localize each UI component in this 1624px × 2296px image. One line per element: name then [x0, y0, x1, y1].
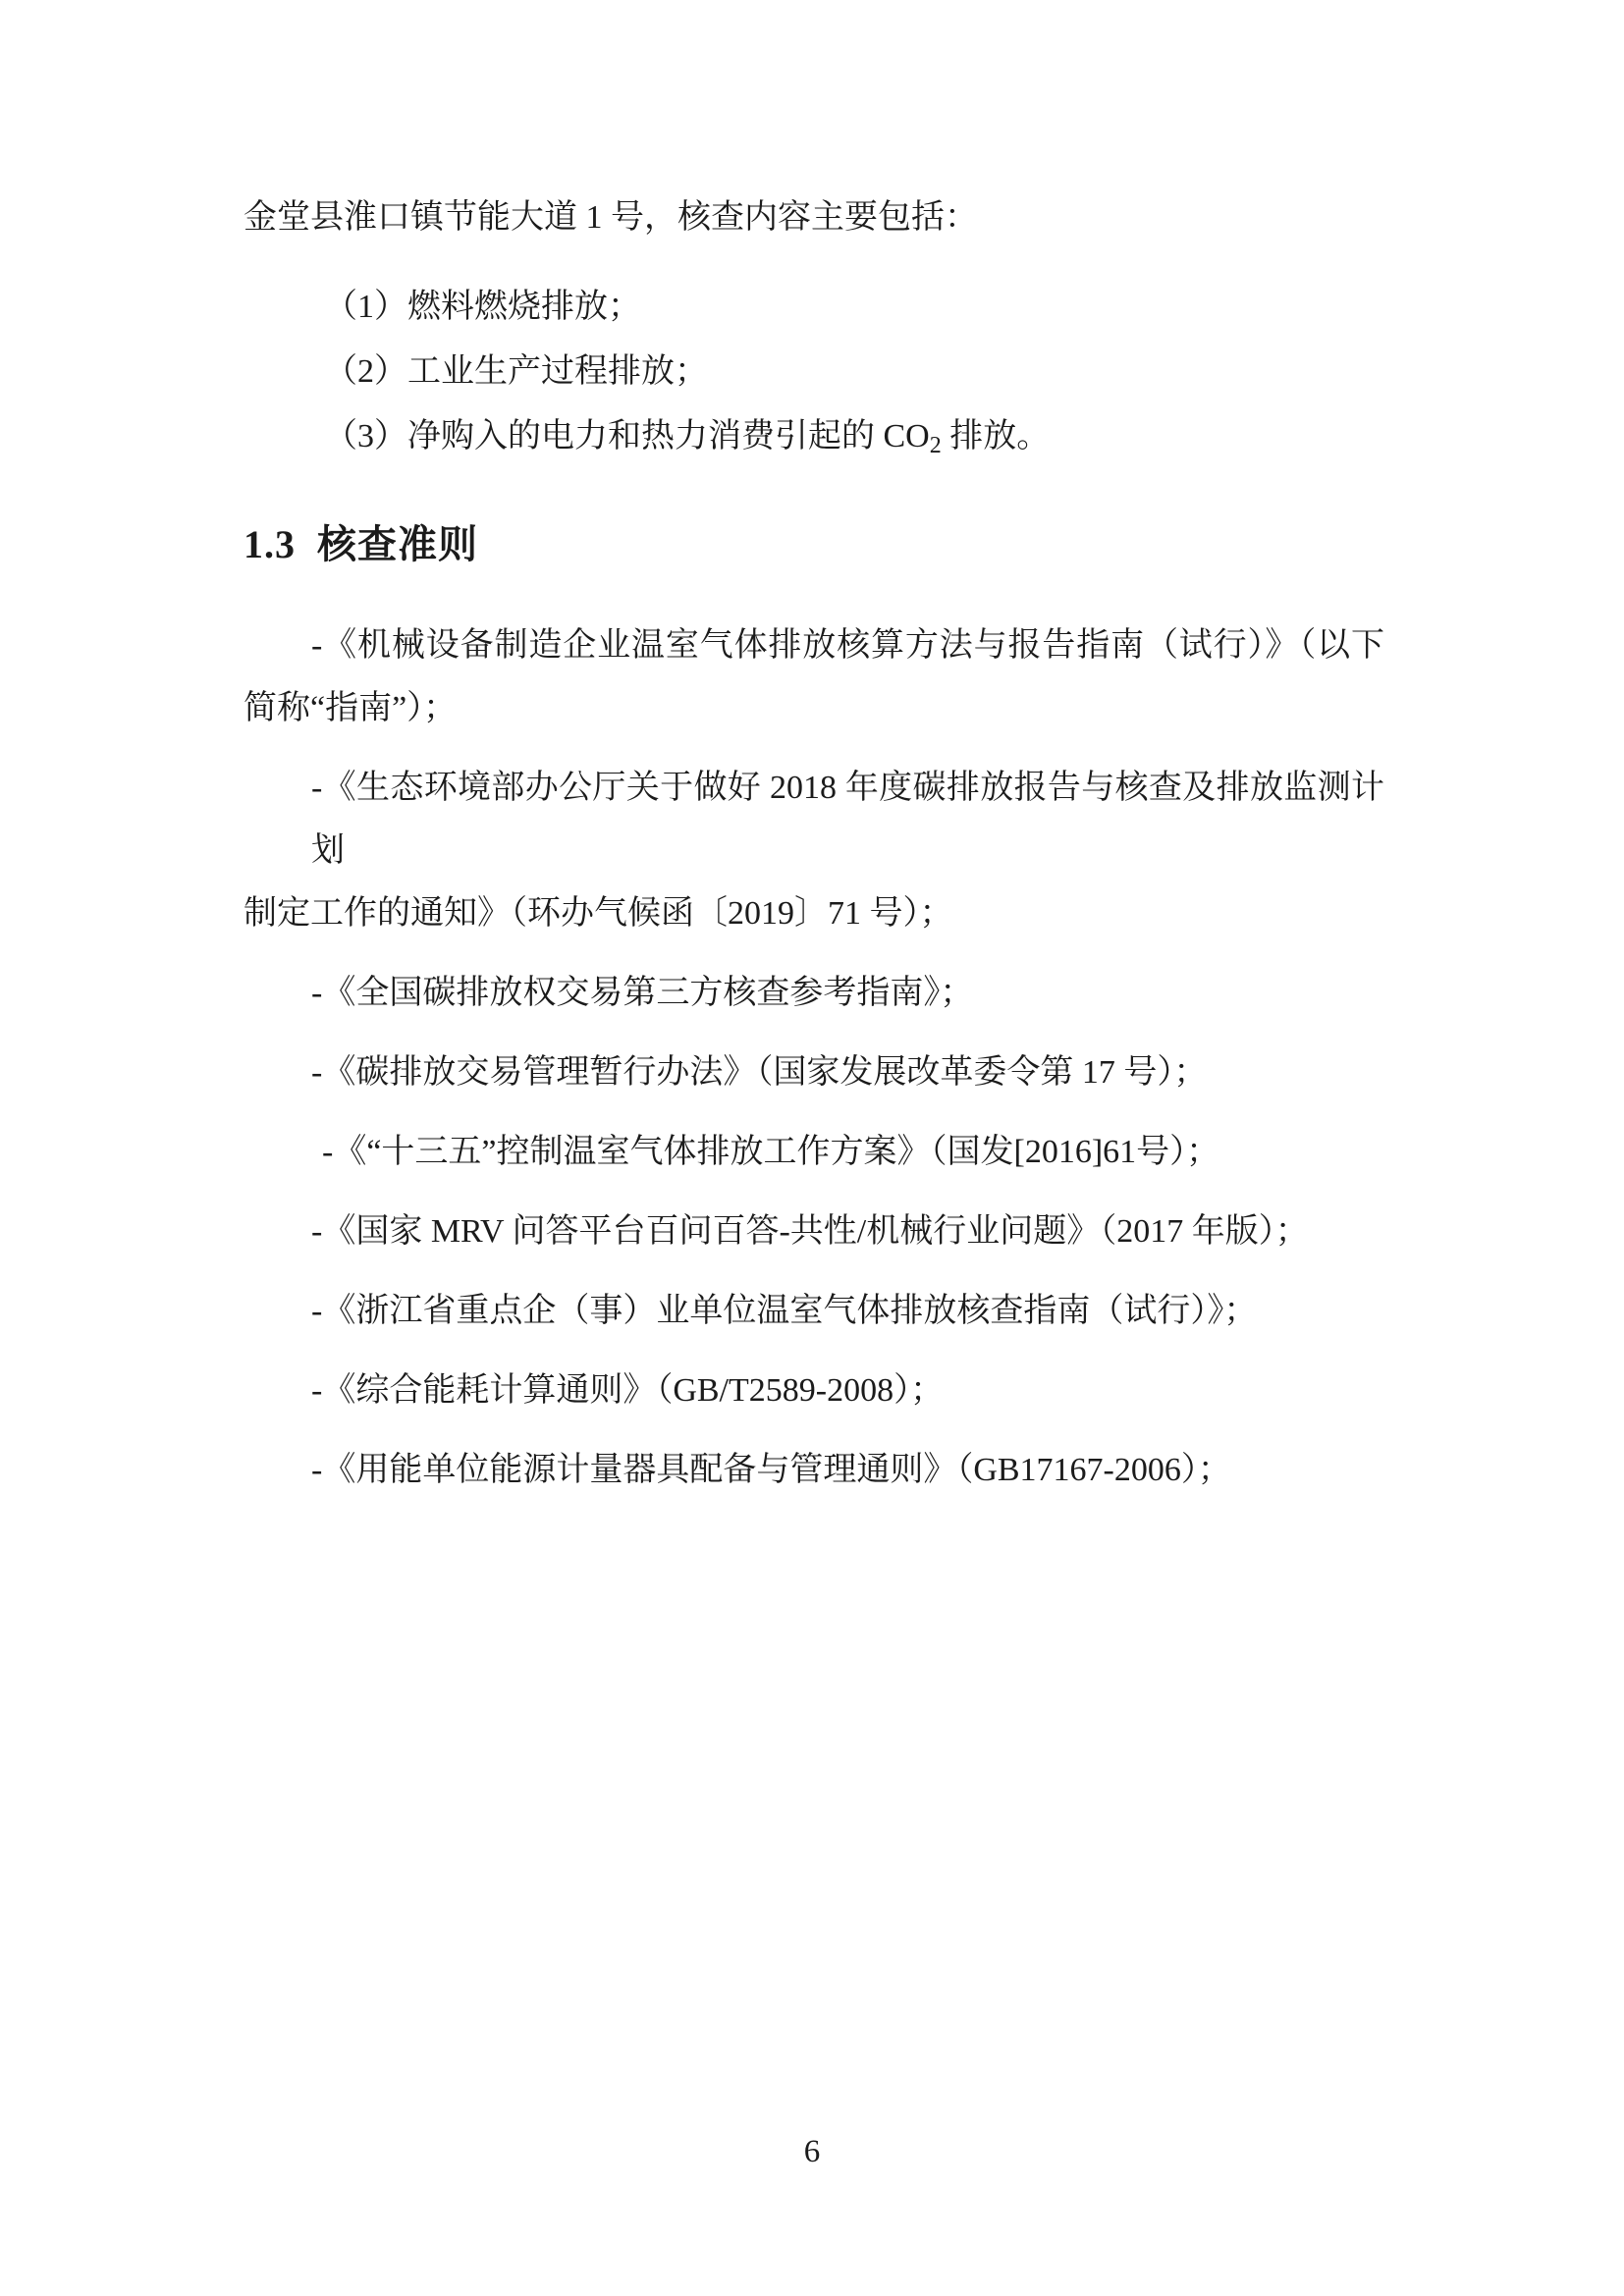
list-item-1-label: （1）: [324, 289, 407, 325]
section-number: 1.3: [244, 522, 296, 566]
section-heading: 1.3核查准则: [244, 516, 1384, 573]
page-content: 金堂县淮口镇节能大道 1 号，核查内容主要包括： （1）燃料燃烧排放； （2）工…: [0, 0, 1624, 1502]
reference-5: -《“十三五”控制温室气体排放工作方案》（国发[2016]61号）；: [244, 1121, 1384, 1184]
list-item-3: （3）净购入的电力和热力消费引起的 CO2 排放。: [244, 404, 1384, 469]
reference-4-line-1: -《碳排放交易管理暂行办法》（国家发展改革委令第 17 号）；: [244, 1041, 1384, 1104]
reference-3: -《全国碳排放权交易第三方核查参考指南》；: [244, 962, 1384, 1025]
reference-1-line-1: -《机械设备制造企业温室气体排放核算方法与报告指南（试行）》（以下: [244, 614, 1384, 677]
reference-6-line-1: -《国家 MRV 问答平台百问百答-共性/机械行业问题》（2017 年版）；: [244, 1201, 1384, 1263]
reference-8: -《综合能耗计算通则》（GB/T2589-2008）；: [244, 1360, 1384, 1422]
section-title: 核查准则: [317, 522, 478, 566]
page-number: 6: [0, 2132, 1624, 2171]
list-item-3-label: （3）: [324, 418, 407, 454]
reference-2-line-1: -《生态环境部办公厅关于做好 2018 年度碳排放报告与核查及排放监测计划: [244, 757, 1384, 882]
intro-paragraph: 金堂县淮口镇节能大道 1 号，核查内容主要包括：: [244, 187, 1384, 249]
reference-6: -《国家 MRV 问答平台百问百答-共性/机械行业问题》（2017 年版）；: [244, 1201, 1384, 1263]
list-item-1-text: 燃料燃烧排放；: [407, 289, 641, 325]
list-item-3-text-post: 排放。: [942, 418, 1051, 454]
list-item-1: （1）燃料燃烧排放；: [244, 275, 1384, 340]
reference-2-line-2: 制定工作的通知》（环办气候函〔2019〕71 号）；: [244, 882, 1384, 945]
reference-7-line-1: -《浙江省重点企（事）业单位温室气体排放核查指南（试行）》；: [244, 1280, 1384, 1343]
reference-4: -《碳排放交易管理暂行办法》（国家发展改革委令第 17 号）；: [244, 1041, 1384, 1104]
reference-list: -《机械设备制造企业温室气体排放核算方法与报告指南（试行）》（以下 简称“指南”…: [244, 614, 1384, 1502]
list-item-3-text-pre: 净购入的电力和热力消费引起的 CO: [407, 418, 930, 454]
reference-1-line-2: 简称“指南”）；: [244, 677, 1384, 740]
reference-9: -《用能单位能源计量器具配备与管理通则》（GB17167-2006）；: [244, 1439, 1384, 1502]
list-item-2-text: 工业生产过程排放；: [407, 353, 708, 390]
reference-3-line-1: -《全国碳排放权交易第三方核查参考指南》；: [244, 962, 1384, 1025]
list-item-2-label: （2）: [324, 353, 407, 390]
scope-list: （1）燃料燃烧排放； （2）工业生产过程排放； （3）净购入的电力和热力消费引起…: [244, 275, 1384, 469]
reference-7: -《浙江省重点企（事）业单位温室气体排放核查指南（试行）》；: [244, 1280, 1384, 1343]
reference-1: -《机械设备制造企业温室气体排放核算方法与报告指南（试行）》（以下 简称“指南”…: [244, 614, 1384, 740]
reference-9-line-1: -《用能单位能源计量器具配备与管理通则》（GB17167-2006）；: [244, 1439, 1384, 1502]
reference-8-line-1: -《综合能耗计算通则》（GB/T2589-2008）；: [244, 1360, 1384, 1422]
co2-subscript: 2: [930, 433, 942, 458]
reference-5-line-1: -《“十三五”控制温室气体排放工作方案》（国发[2016]61号）；: [244, 1121, 1384, 1184]
list-item-2: （2）工业生产过程排放；: [244, 340, 1384, 404]
reference-2: -《生态环境部办公厅关于做好 2018 年度碳排放报告与核查及排放监测计划 制定…: [244, 757, 1384, 945]
document-page: 金堂县淮口镇节能大道 1 号，核查内容主要包括： （1）燃料燃烧排放； （2）工…: [0, 0, 1624, 2296]
